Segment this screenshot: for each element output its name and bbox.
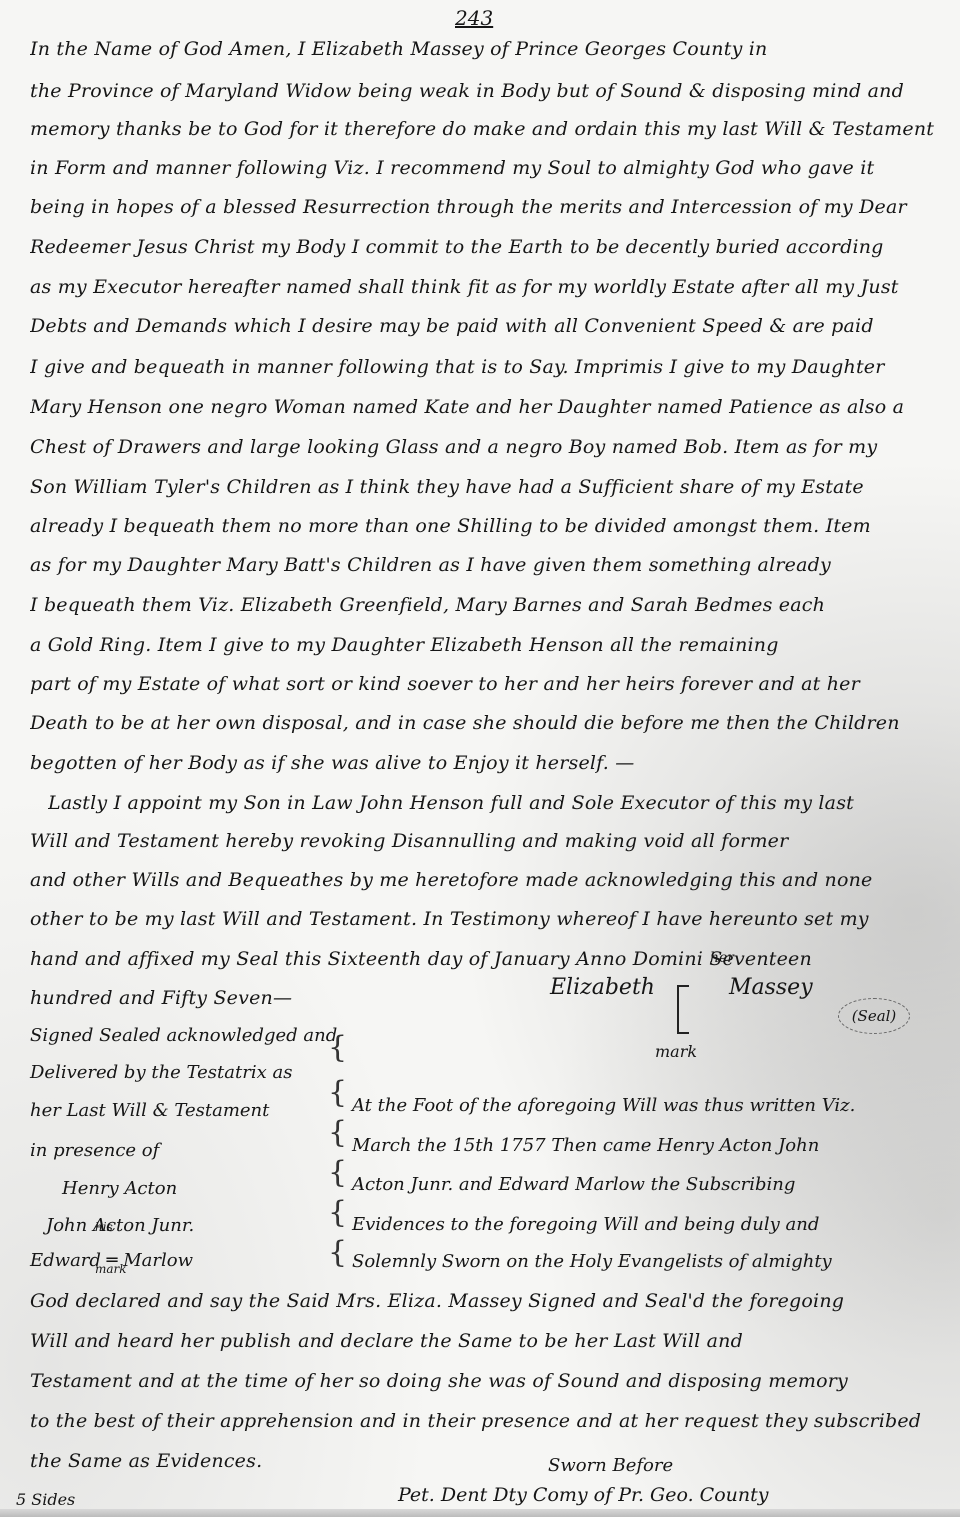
will-line: a Gold Ring. Item I give to my Daughter …: [30, 634, 945, 656]
will-line: Son William Tyler's Children as I think …: [30, 476, 945, 498]
will-line: the Province of Maryland Widow being wea…: [30, 80, 945, 102]
attestation-line: her Last Will & Testament: [30, 1100, 269, 1121]
probate-continuation-line: God declared and say the Said Mrs. Eliza…: [30, 1290, 945, 1312]
will-line: Will and Testament hereby revoking Disan…: [30, 830, 945, 852]
will-line: part of my Estate of what sort or kind s…: [30, 673, 945, 695]
will-line: I give and bequeath in manner following …: [30, 356, 945, 378]
brace-mark: {: [328, 1030, 347, 1065]
probate-line: Solemnly Sworn on the Holy Evangelists o…: [352, 1251, 832, 1272]
will-line: other to be my last Will and Testament. …: [30, 908, 945, 930]
will-line: as my Executor hereafter named shall thi…: [30, 276, 945, 298]
probate-line: Acton Junr. and Edward Marlow the Subscr…: [352, 1174, 795, 1195]
folio-note: 5 Sides: [16, 1490, 75, 1509]
will-line: already I bequeath them no more than one…: [30, 515, 945, 537]
witness-his-label: his: [95, 1220, 113, 1234]
will-line: I bequeath them Viz. Elizabeth Greenfiel…: [30, 594, 945, 616]
signature-last-name: Massey: [729, 975, 813, 1000]
attestation-line: Delivered by the Testatrix as: [30, 1062, 292, 1083]
sworn-before: Sworn Before: [548, 1455, 673, 1476]
page-edge: [0, 1509, 960, 1517]
folio-number: 243: [455, 6, 493, 30]
seal: (Seal): [838, 998, 910, 1034]
will-line: and other Wills and Bequeathes by me her…: [30, 869, 945, 891]
probate-continuation-line: the Same as Evidences.: [30, 1450, 330, 1472]
attestation-line: Signed Sealed acknowledged and: [30, 1025, 337, 1046]
attestation-line: in presence of: [30, 1140, 159, 1161]
will-line: Debts and Demands which I desire may be …: [30, 315, 945, 337]
probate-continuation-line: Testament and at the time of her so doin…: [30, 1370, 945, 1392]
will-line: memory thanks be to God for it therefore…: [30, 118, 945, 140]
brace-mark: {: [328, 1235, 347, 1270]
witness-mark-label: mark: [95, 1262, 127, 1276]
will-line: Redeemer Jesus Christ my Body I commit t…: [30, 236, 945, 258]
will-line: hand and affixed my Seal this Sixteenth …: [30, 948, 945, 970]
will-line: Death to be at her own disposal, and in …: [30, 712, 945, 734]
brace-mark: {: [328, 1155, 347, 1190]
probate-line: At the Foot of the aforegoing Will was t…: [352, 1095, 855, 1116]
will-line: as for my Daughter Mary Batt's Children …: [30, 554, 945, 576]
will-line: hundred and Fifty Seven—: [30, 987, 550, 1009]
will-line: begotten of her Body as if she was alive…: [30, 752, 945, 774]
brace-mark: {: [328, 1115, 347, 1150]
probate-line: Evidences to the foregoing Will and bein…: [352, 1214, 819, 1235]
will-line: in Form and manner following Viz. I reco…: [30, 157, 945, 179]
will-line: being in hopes of a blessed Resurrection…: [30, 196, 945, 218]
probate-continuation-line: to the best of their apprehension and in…: [30, 1410, 945, 1432]
signature-mark-label: mark: [655, 1042, 697, 1061]
attestation-line: John Acton Junr.: [46, 1215, 194, 1236]
signature-mark-glyph: [677, 985, 689, 1034]
clerk-signature: Pet. Dent Dty Comy of Pr. Geo. County: [398, 1484, 768, 1506]
attestation-line: Henry Acton: [62, 1178, 177, 1199]
brace-mark: {: [328, 1075, 347, 1110]
will-line: In the Name of God Amen, I Elizabeth Mas…: [30, 38, 945, 60]
will-line: Mary Henson one negro Woman named Kate a…: [30, 396, 945, 418]
signature-first-name: Elizabeth: [550, 975, 655, 1000]
document-page: 243 In the Name of God Amen, I Elizabeth…: [0, 0, 960, 1517]
probate-line: March the 15th 1757 Then came Henry Acto…: [352, 1135, 819, 1156]
brace-mark: {: [328, 1195, 347, 1230]
probate-continuation-line: Will and heard her publish and declare t…: [30, 1330, 945, 1352]
will-line: Lastly I appoint my Son in Law John Hens…: [48, 792, 960, 814]
will-line: Chest of Drawers and large looking Glass…: [30, 436, 945, 458]
signature-her-label: her: [710, 950, 734, 966]
